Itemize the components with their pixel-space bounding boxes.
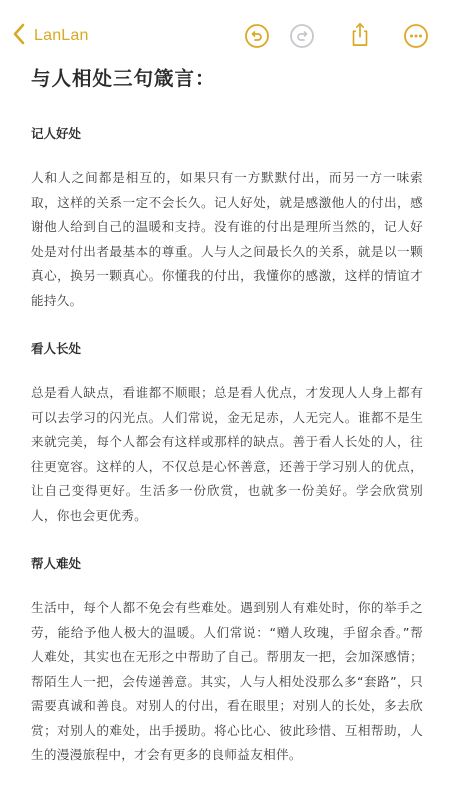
back-label: LanLan (34, 27, 89, 45)
redo-icon (289, 34, 315, 53)
more-icon (403, 34, 429, 53)
chevron-left-icon (12, 23, 26, 49)
navigation-bar: LanLan (0, 18, 450, 54)
section-heading-help-difficulties: 帮人难处 (31, 554, 423, 574)
section-heading-see-strengths: 看人长处 (31, 339, 423, 359)
section-paragraph-help-difficulties: 生活中，每个人都不免会有些难处。遇到别人有难处时，你的举手之劳，能给予他人极大的… (31, 596, 423, 768)
section-paragraph-remember-kindness: 人和人之间都是相互的，如果只有一方默默付出，而另一方一味索取，这样的关系一定不会… (31, 166, 423, 313)
section-heading-remember-kindness: 记人好处 (31, 124, 423, 144)
undo-icon (244, 34, 270, 53)
share-button[interactable] (347, 21, 373, 47)
redo-button[interactable] (289, 23, 315, 49)
share-icon (347, 32, 373, 51)
more-button[interactable] (403, 23, 429, 49)
note-title: 与人相处三句箴言： (31, 62, 423, 96)
back-button[interactable]: LanLan (12, 22, 89, 50)
undo-button[interactable] (244, 23, 270, 49)
section-paragraph-see-strengths: 总是看人缺点，看谁都不顺眼；总是看人优点，才发现人人身上都有可以去学习的闪光点。… (31, 381, 423, 528)
note-body[interactable]: 与人相处三句箴言： 记人好处 人和人之间都是相互的，如果只有一方默默付出，而另一… (31, 62, 423, 768)
